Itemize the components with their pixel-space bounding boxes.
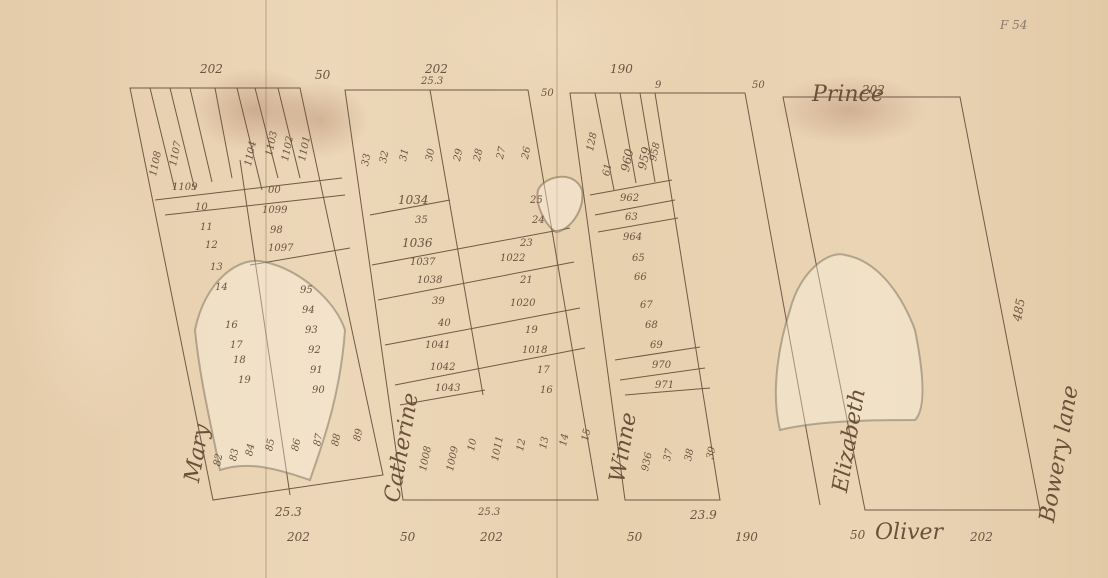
dim-top-catherine-inner: 25.3 (421, 76, 443, 87)
lot-label: 1043 (435, 383, 460, 394)
lot-label: 1018 (522, 345, 547, 356)
lot-label: 10 (195, 202, 208, 213)
lot-label: 25 (530, 195, 543, 206)
lot-label: 1041 (425, 340, 450, 351)
dim-bottom-winne-50: 50 (627, 530, 642, 544)
dim-bottom-catherine-50: 50 (400, 530, 415, 544)
dim-bottom-catherine: 202 (480, 530, 503, 544)
lot-label: 24 (532, 215, 545, 226)
lot-label: 17 (230, 340, 243, 351)
survey-map-drawing (0, 0, 1108, 578)
lot-label: 68 (645, 320, 658, 331)
lot-label: 962 (620, 193, 639, 204)
lot-label: 23 (520, 238, 533, 249)
lot-label: 66 (634, 272, 647, 283)
dim-top-catherine: 202 (425, 62, 448, 76)
lot-label: 40 (438, 318, 451, 329)
lot-label: 1022 (500, 253, 525, 264)
lot-label: 94 (302, 305, 315, 316)
lot-label: 18 (233, 355, 246, 366)
lot-label: 69 (650, 340, 663, 351)
dim-top-mary: 202 (200, 62, 223, 76)
lot-label: 67 (640, 300, 653, 311)
dim-top-catherine-50: 50 (541, 88, 554, 99)
dim-top-winne: 190 (610, 62, 633, 76)
lot-label: 1097 (268, 243, 293, 254)
lot-label: 13 (210, 262, 223, 273)
dim-bottom-catherine-inner: 25.3 (478, 507, 500, 518)
lot-label: 12 (205, 240, 218, 251)
dim-bottom-mary-inner: 25.3 (275, 505, 302, 519)
street-oliver: Oliver (875, 520, 943, 545)
dim-bottom-mary: 202 (287, 530, 310, 544)
lot-label: 14 (215, 282, 228, 293)
lot-label: 1036 (402, 236, 433, 250)
lot-label: 16 (225, 320, 238, 331)
lot-label: 970 (652, 360, 671, 371)
lot-label: 1099 (262, 205, 287, 216)
lot-label: 92 (308, 345, 321, 356)
lot-label: 93 (305, 325, 318, 336)
lot-label: 1037 (410, 257, 435, 268)
lot-label: 17 (537, 365, 550, 376)
dim-bottom-oliver-50: 50 (850, 528, 865, 542)
lot-label: 91 (310, 365, 323, 376)
dim-bottom-winne: 190 (735, 530, 758, 544)
lot-label: 95 (300, 285, 313, 296)
lot-label: 21 (520, 275, 533, 286)
lot-label: 98 (270, 225, 283, 236)
lot-label: 1109 (172, 182, 197, 193)
dim-top-prince-202: 202 (862, 83, 885, 97)
lot-label: 63 (625, 212, 638, 223)
lot-label: 1020 (510, 298, 535, 309)
dim-bottom-oliver-202: 202 (970, 530, 993, 544)
sheet-id-label: F 54 (1000, 18, 1027, 32)
lot-label: 1038 (417, 275, 442, 286)
dim-top-winne-9: 9 (655, 80, 661, 91)
lot-label: 19 (238, 375, 251, 386)
lot-label: 1034 (398, 193, 429, 207)
lot-label: 39 (432, 296, 445, 307)
dim-top-mary-50: 50 (315, 68, 330, 82)
lot-label: 971 (655, 380, 674, 391)
lot-label: 90 (312, 385, 325, 396)
lot-label: 16 (540, 385, 553, 396)
dim-bottom-winne-inner: 23.9 (690, 508, 717, 522)
lot-label: 65 (632, 253, 645, 264)
lot-label: 35 (415, 215, 428, 226)
dim-top-prince-50: 50 (752, 80, 765, 91)
lot-label: 1042 (430, 362, 455, 373)
lot-label: 19 (525, 325, 538, 336)
lot-label: 11 (200, 222, 213, 233)
lot-label: 964 (623, 232, 642, 243)
lot-label: 00 (268, 185, 281, 196)
